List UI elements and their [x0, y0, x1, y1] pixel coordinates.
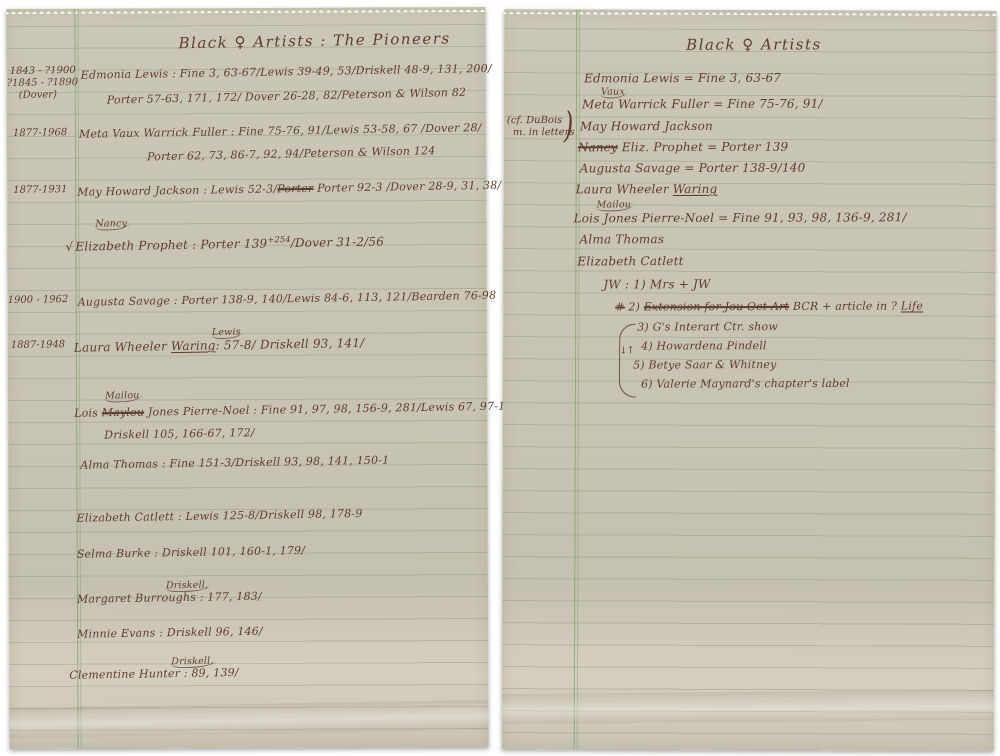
closing-paren: ): [564, 104, 574, 146]
note-text: BCR + article in ?: [789, 300, 901, 313]
note-text: 2): [628, 300, 643, 313]
paper-crease: [502, 690, 994, 724]
margin-date: 1877-1931: [13, 184, 67, 196]
margin-date: 1900 - 1962: [8, 294, 69, 306]
note-item: 4) Howardena Pindell: [641, 339, 767, 352]
list-item: Laura Wheeler Waring: [576, 182, 718, 196]
margin-date: 1887-1948: [11, 339, 65, 351]
entry-text: Laura Wheeler: [74, 339, 171, 355]
reorder-arrows: ↓↑: [619, 345, 634, 356]
notes-header: JW : 1) Mrs + JW: [603, 277, 710, 291]
entry-text: Lois: [74, 406, 102, 419]
margin-date: ?1845 - ?1890: [7, 77, 79, 89]
margin-note: (cf. DuBois: [507, 115, 562, 126]
superscript-ref: +254: [267, 235, 291, 245]
list-item-text: Eliz. Prophet = Porter 139: [618, 140, 789, 155]
scanned-notebook-pages: { "colors": { "paper": "#c9c5b4", "ink":…: [0, 0, 1000, 756]
entry-text: : 57-8/ Driskell 93, 141/: [215, 336, 364, 352]
list-item: Augusta Savage = Porter 138-9/140: [580, 161, 806, 176]
margin-date: 1843 - ?1900: [10, 65, 76, 77]
list-item-text: Laura Wheeler: [576, 182, 673, 196]
note-item: 6) Valerie Maynard's chapter's label: [641, 377, 850, 391]
list-item: Alma Thomas: [579, 232, 664, 246]
left-page: Black ♀ Artists : The Pioneers 1843 - ?1…: [6, 7, 488, 749]
margin-date: 1877-1968: [13, 127, 67, 139]
strikethrough-text: Maylou: [102, 406, 145, 420]
list-item: Meta Warrick Fuller = Fine 75-76, 91/: [582, 97, 823, 112]
list-item: Edmonia Lewis = Fine 3, 63-67: [584, 71, 781, 86]
list-item: Elizabeth Catlett: [577, 254, 683, 268]
strikethrough-text: Nancy: [578, 140, 618, 154]
underlined-text: Waring: [171, 338, 216, 353]
list-item: Nancy Eliz. Prophet = Porter 139: [578, 140, 789, 155]
page-title: Black ♀ Artists: [686, 35, 822, 53]
underlined-text: Life: [901, 299, 923, 312]
checkmark: √: [65, 240, 73, 254]
margin-date: (Dover): [19, 89, 57, 101]
note-item: 5) Betye Saar & Whitney: [633, 358, 777, 372]
inserted-word: Mailou: [105, 390, 142, 403]
right-page: Black ♀ Artists (cf. DuBois m. in letter…: [502, 9, 997, 751]
inserted-word: Mailou: [597, 199, 634, 211]
scribbled-mark: #: [615, 300, 624, 313]
strikethrough-text: Extension for Jou Oct Art: [644, 300, 789, 314]
list-item: Lois Jones Pierre-Noel = Fine 91, 93, 98…: [574, 210, 907, 225]
strikethrough-text: Porter: [277, 182, 313, 196]
note-item: 3) G's Interart Ctr. show: [637, 320, 778, 333]
note-item: # 2) Extension for Jou Oct Art BCR + art…: [615, 299, 923, 313]
inserted-word: Nancy: [95, 218, 129, 231]
list-item: May Howard Jackson: [580, 119, 713, 133]
entry-line: Driskell 105, 166-67, 172/: [104, 426, 255, 441]
underlined-text: Waring: [673, 182, 718, 196]
entry-text: /Dover 31-2/56: [291, 235, 385, 251]
